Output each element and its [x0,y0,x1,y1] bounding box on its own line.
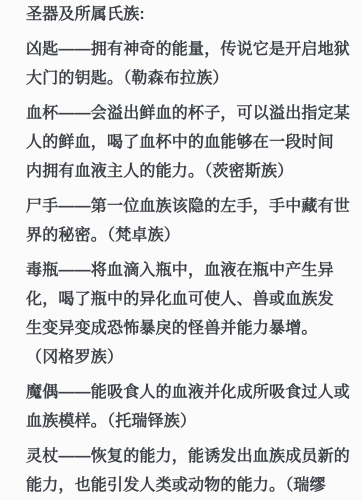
text-page: 圣器及所属氏族: 凶匙——拥有神奇的能量，传说它是开启地狱 大门的钥匙。（勒森布… [0,0,362,500]
paragraph-evil-key: 凶匙——拥有神奇的能量，传说它是开启地狱 大门的钥匙。（勒森布拉族） [26,35,344,93]
text-line: 人的鲜血，喝了血杯中的血能够在一段时间 [26,128,344,157]
paragraph-blood-cup: 血杯——会溢出鲜血的杯子，可以溢出指定某 人的鲜血，喝了血杯中的血能够在一段时间… [26,99,344,186]
text-line: 界的秘密。（梵卓族） [26,221,344,250]
text-line: 尸手——第一位血族该隐的左手，手中藏有世 [26,192,344,221]
text-line: （冈格罗族） [26,343,344,372]
title-line: 圣器及所属氏族: [26,0,344,29]
paragraph-spirit-staff: 灵杖——恢复的能力，能诱发出血族成员新的 能力，也能引发人类或动物的能力。（瑞缪 [26,442,344,500]
text-line: 内拥有血液主人的能力。（茨密斯族） [26,157,344,186]
text-line: 血族模样。（托瑞铎族） [26,407,344,436]
text-line: 凶匙——拥有神奇的能量，传说它是开启地狱 [26,35,344,64]
text-line: 大门的钥匙。（勒森布拉族） [26,64,344,93]
text-line: 灵杖——恢复的能力，能诱发出血族成员新的 [26,442,344,471]
text-line: 血杯——会溢出鲜血的杯子，可以溢出指定某 [26,99,344,128]
paragraph-corpse-hand: 尸手——第一位血族该隐的左手，手中藏有世 界的秘密。（梵卓族） [26,192,344,250]
page-title: 圣器及所属氏族: [26,0,344,29]
paragraph-poison-bottle: 毒瓶——将血滴入瓶中，血液在瓶中产生异 化，喝了瓶中的异化血可使人、兽或血族发 … [26,256,344,372]
text-line: 能力，也能引发人类或动物的能力。（瑞缪 [26,471,344,500]
text-line: 化，喝了瓶中的异化血可使人、兽或血族发 [26,285,344,314]
paragraph-demon-doll: 魔偶——能吸食人的血液并化成所吸食过人或 血族模样。（托瑞铎族） [26,378,344,436]
text-line: 毒瓶——将血滴入瓶中，血液在瓶中产生异 [26,256,344,285]
text-line: 魔偶——能吸食人的血液并化成所吸食过人或 [26,378,344,407]
text-line: 生变异变成恐怖暴戾的怪兽并能力暴增。 [26,314,344,343]
